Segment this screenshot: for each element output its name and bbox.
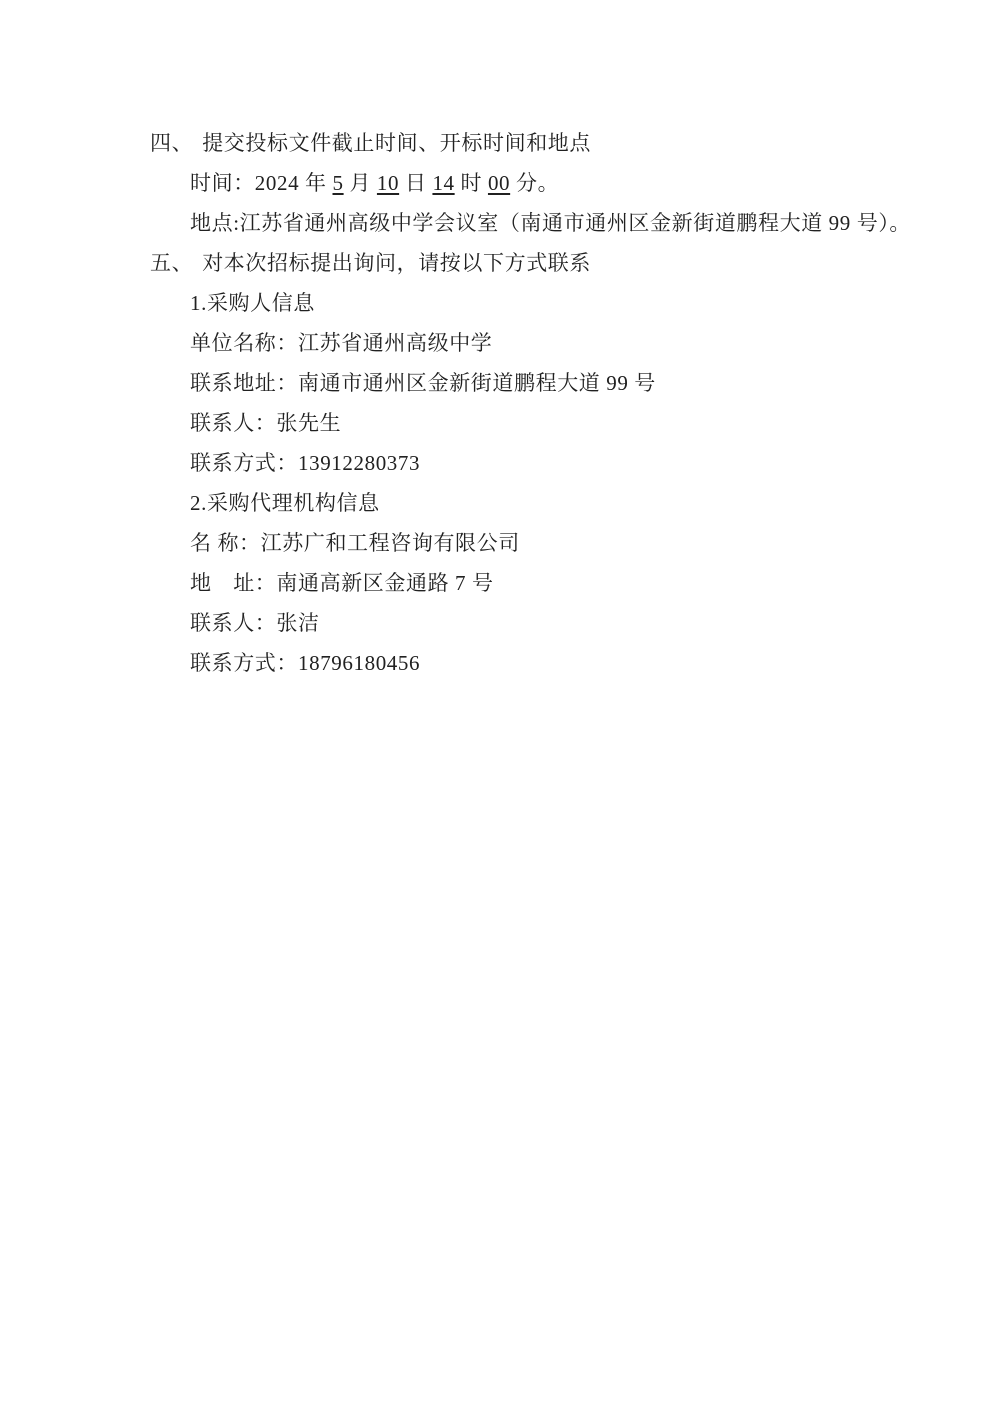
text-run: 分。: [510, 171, 559, 195]
underlined-value: 10: [377, 171, 399, 195]
text-run: 联系人：张先生: [190, 411, 341, 435]
text-run: 日: [399, 171, 432, 195]
document-body: 四、提交投标文件截止时间、开标时间和地点时间：2024 年 5 月 10 日 1…: [150, 123, 910, 683]
section-heading-line: 五、对本次招标提出询问，请按以下方式联系: [150, 243, 910, 283]
document-text-line: 地 址：南通高新区金通路 7 号: [150, 563, 910, 603]
text-run: 提交投标文件截止时间、开标时间和地点: [202, 131, 591, 155]
text-run: 月: [344, 171, 377, 195]
document-text-line: 联系人：张先生: [150, 403, 910, 443]
section-heading-line: 四、提交投标文件截止时间、开标时间和地点: [150, 123, 910, 163]
document-text-line: 联系方式：13912280373: [150, 443, 910, 483]
document-text-line: 2.采购代理机构信息: [150, 483, 910, 523]
text-run: 名 称：江苏广和工程咨询有限公司: [190, 531, 520, 555]
underlined-value: 5: [333, 171, 344, 195]
document-text-line: 名 称：江苏广和工程咨询有限公司: [150, 523, 910, 563]
text-run: 2.采购代理机构信息: [190, 491, 380, 515]
text-run: 地 址：南通高新区金通路 7 号: [190, 571, 494, 595]
text-run: 时: [455, 171, 488, 195]
document-page: 四、提交投标文件截止时间、开标时间和地点时间：2024 年 5 月 10 日 1…: [0, 0, 1000, 1415]
document-text-line: 地点:江苏省通州高级中学会议室（南通市通州区金新街道鹏程大道 99 号）。: [150, 203, 910, 243]
text-run: 对本次招标提出询问，请按以下方式联系: [202, 251, 591, 275]
underlined-value: 00: [488, 171, 510, 195]
section-number: 五、: [150, 251, 193, 275]
text-run: 单位名称：江苏省通州高级中学: [190, 331, 492, 355]
document-text-line: 联系地址：南通市通州区金新街道鹏程大道 99 号: [150, 363, 910, 403]
document-text-line: 时间：2024 年 5 月 10 日 14 时 00 分。: [150, 163, 910, 203]
text-run: 时间：2024 年: [190, 171, 333, 195]
text-run: 地点:江苏省通州高级中学会议室（南通市通州区金新街道鹏程大道 99 号）。: [190, 211, 911, 235]
text-run: 联系方式：18796180456: [190, 651, 420, 675]
underlined-value: 14: [432, 171, 454, 195]
document-text-line: 单位名称：江苏省通州高级中学: [150, 323, 910, 363]
text-run: 联系人：张洁: [190, 611, 320, 635]
text-run: 1.采购人信息: [190, 291, 315, 315]
text-run: 联系地址：南通市通州区金新街道鹏程大道 99 号: [190, 371, 656, 395]
document-text-line: 1.采购人信息: [150, 283, 910, 323]
text-run: 联系方式：13912280373: [190, 451, 420, 475]
section-number: 四、: [150, 131, 193, 155]
document-text-line: 联系人：张洁: [150, 603, 910, 643]
document-text-line: 联系方式：18796180456: [150, 643, 910, 683]
